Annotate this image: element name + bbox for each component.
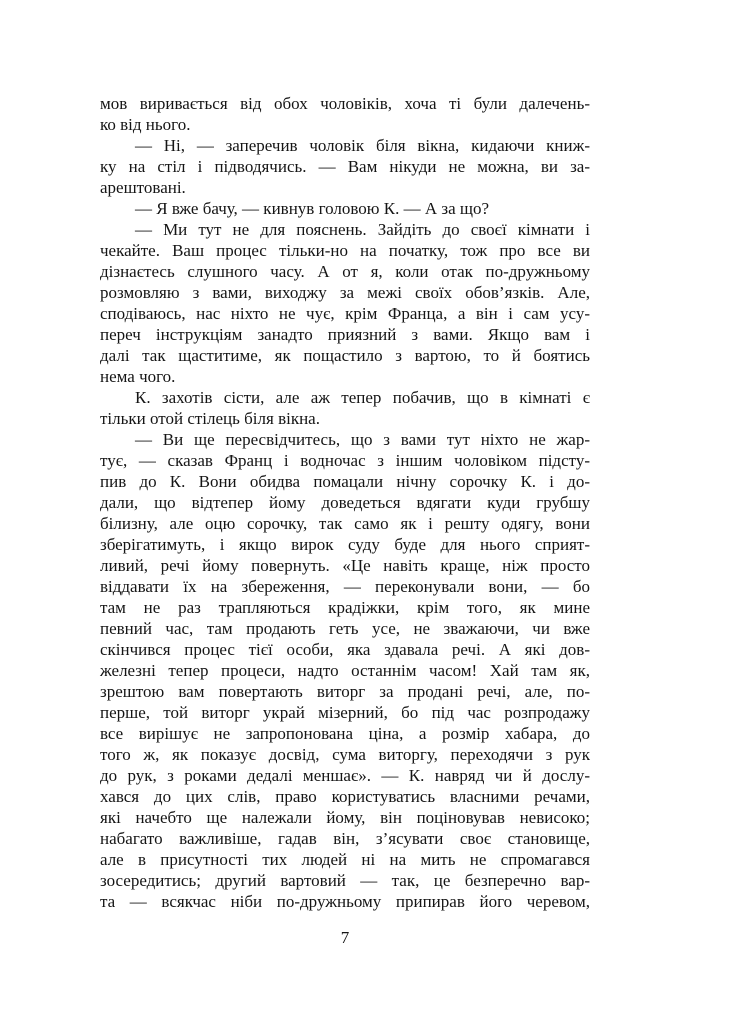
text-block: мов виривається від обох чоловіків, хоча…	[100, 93, 590, 948]
text-line: — Ні, — заперечив чоловік біля вікна, ки…	[100, 135, 590, 156]
text-line: все вирішує не запропонована ціна, а роз…	[100, 723, 590, 744]
text-line: перше, той виторг украй мізерний, бо під…	[100, 702, 590, 723]
text-line: нема чого.	[100, 366, 590, 387]
text-line: арештовані.	[100, 177, 590, 198]
text-line: — Я вже бачу, — кивнув головою К. — А за…	[100, 198, 590, 219]
book-page: мов виривається від обох чоловіків, хоча…	[0, 0, 736, 1024]
text-line: які начебто ще належали йому, він поціно…	[100, 807, 590, 828]
text-line: железні тепер процеси, надто останнім ча…	[100, 660, 590, 681]
text-line: певний час, там продають геть усе, не зв…	[100, 618, 590, 639]
text-line: — Ми тут не для пояснень. Зайдіть до сво…	[100, 219, 590, 240]
text-line: переч інструкціям занадто приязний з вам…	[100, 324, 590, 345]
text-line: розмовляю з вами, виходжу за межі своїх …	[100, 282, 590, 303]
text-line: дізнаєтесь слушного часу. А от я, коли о…	[100, 261, 590, 282]
text-line: віддавати їх на збереження, — переконува…	[100, 576, 590, 597]
text-line: — Ви ще пересвідчитесь, що з вами тут ні…	[100, 429, 590, 450]
text-line: та — всякчас ніби по-дружньому припирав …	[100, 891, 590, 912]
text-line: скінчився процес тієї особи, яка здавала…	[100, 639, 590, 660]
text-line: тує, — сказав Франц і водночас з іншим ч…	[100, 450, 590, 471]
text-line: ку на стіл і підводячись. — Вам нікуди н…	[100, 156, 590, 177]
text-line: тільки отой стілець біля вікна.	[100, 408, 590, 429]
text-line: пив до К. Вони обидва помацали нічну сор…	[100, 471, 590, 492]
text-line: хався до цих слів, право користуватись в…	[100, 786, 590, 807]
text-line: зрештою вам повертають виторг за продані…	[100, 681, 590, 702]
text-line: до рук, з роками дедалі меншає». — К. на…	[100, 765, 590, 786]
text-line: К. захотів сісти, але аж тепер побачив, …	[100, 387, 590, 408]
text-line: того ж, як показує досвід, сума виторгу,…	[100, 744, 590, 765]
text-line: набагато важливіше, гадав він, з’ясувати…	[100, 828, 590, 849]
text-line: мов виривається від обох чоловіків, хоча…	[100, 93, 590, 114]
text-line: ливий, речі йому повернуть. «Це навіть к…	[100, 555, 590, 576]
text-line: але в присутності тих людей ні на мить н…	[100, 849, 590, 870]
text-line: сподіваюсь, нас ніхто не чує, крім Франц…	[100, 303, 590, 324]
text-line: білизну, але оцю сорочку, так само як і …	[100, 513, 590, 534]
text-line: дали, що відтепер йому доведеться вдягат…	[100, 492, 590, 513]
text-line: ко від нього.	[100, 114, 590, 135]
text-line: далі так щаститиме, як пощастило з варто…	[100, 345, 590, 366]
text-line: зберігатимуть, і якщо вирок суду буде дл…	[100, 534, 590, 555]
text-line: чекайте. Ваш процес тільки-но на початку…	[100, 240, 590, 261]
page-number: 7	[100, 927, 590, 948]
text-line: там не раз трапляються крадіжки, крім то…	[100, 597, 590, 618]
text-line: зосередитись; другий вартовий — так, це …	[100, 870, 590, 891]
